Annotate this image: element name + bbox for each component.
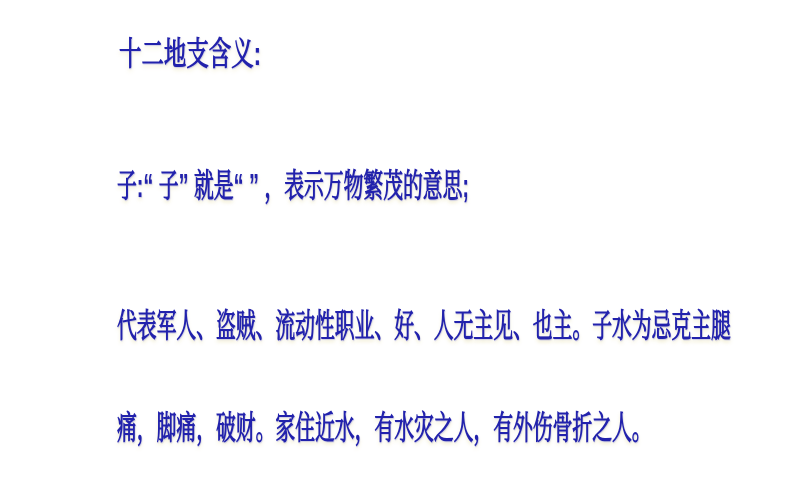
zi-definition-line: 子:“ 子” 就是“ ” ，表示万物繁茂的意思; bbox=[117, 166, 469, 206]
zi-description-line-2: 痛，脚痛，破财。家住近水，有水灾之人，有外伤骨折之人。 bbox=[117, 408, 652, 448]
heading-twelve-earthly-branches: 十二地支含义: bbox=[119, 34, 261, 74]
document-page: 十二地支含义: 子:“ 子” 就是“ ” ，表示万物繁茂的意思; 代表军人、盗贼… bbox=[0, 0, 800, 500]
zi-description-line-1: 代表军人、盗贼、流动性职业、好、人无主见、也主。子水为忌克主腿 bbox=[117, 306, 731, 346]
